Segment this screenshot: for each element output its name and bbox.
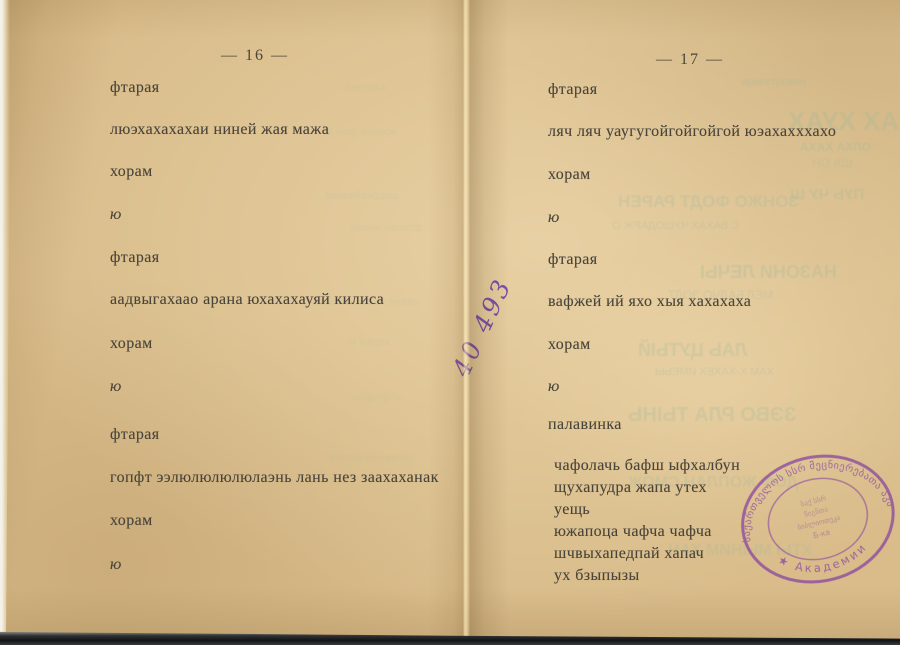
text-line: фтарая [110, 427, 160, 443]
text-line: люэхахахахаи ниней жая мажа [110, 122, 329, 138]
bleedthrough-text: С ВАХАХ ЧУШОДАРЖ О [612, 220, 739, 232]
library-stamp: საქართველოს სსრ მეცნიერებათა აკადემია ★ … [718, 429, 900, 611]
photo-frame: картина кована фая вя ахаджайванай фтара… [0, 0, 900, 645]
page-number: — 17 — [585, 51, 795, 69]
text-line: аадвыгахаао арана юхахахауяй килиса [110, 292, 384, 308]
bleedthrough-text: ЛАЬ ЦУТЫЙ [638, 340, 747, 361]
text-line: ю [110, 207, 122, 223]
bleedthrough-text: НАЗОНИ ЛЕЧЫ [700, 262, 837, 283]
stanza-line: ух бзыпызы [554, 568, 640, 584]
stanza-line: чафолачь бафш ыфхалбун [554, 458, 740, 474]
stanza-line: южапоца чафча чафча [554, 524, 712, 540]
book-gutter-shadow [428, 0, 520, 645]
stanza-line: уещь [554, 502, 590, 518]
text-line: фтарая [110, 250, 160, 266]
bleedthrough-text: хоржа ю [348, 336, 390, 348]
text-line: вафжей ий яхо хыя хахахаха [548, 294, 751, 310]
bleedthrough-text: ахаджайванай [325, 190, 399, 202]
text-line: хорам [110, 164, 153, 180]
book-spread: картина кована фая вя ахаджайванай фтара… [0, 0, 900, 645]
stanza-line: шчвыхапедпай хапач [554, 546, 704, 562]
stanza-line: щухапудра жапа утех [554, 480, 707, 496]
text-line: ю [110, 379, 122, 395]
text-line: хорам [548, 167, 591, 183]
text-line: ю [110, 557, 122, 573]
bleedthrough-text: ПУЬ ЧУ Ш [790, 186, 864, 203]
text-line: гопфт ээлюлюлюлюлаэнь лань нез заахахана… [110, 470, 439, 486]
text-line: ю [548, 379, 560, 395]
page-left-edge [0, 0, 11, 634]
stamp-inner-line: Б-ка [812, 528, 831, 541]
bleedthrough-text: ЗОНЖО ФОДТ РАРЕН [618, 192, 799, 212]
text-line: фтарая [548, 252, 598, 268]
bleedthrough-text: аркестрован [742, 76, 806, 88]
text-line: хорам [110, 336, 153, 352]
text-line: палавинка [548, 417, 622, 433]
bleedthrough-text: цилервеа жилна [330, 452, 414, 464]
bleedthrough-text: кована фая вя [322, 126, 396, 138]
text-line: хорам [110, 513, 153, 529]
bleedthrough-text: ЗЭВО РЛА ТЫНЬ [628, 404, 797, 427]
text-line: фтарая [548, 82, 598, 98]
bleedthrough-text: ОЛХА ХАХА [800, 140, 871, 154]
text-line: ю [548, 210, 560, 226]
bleedthrough-text: ША ОН [812, 156, 852, 170]
bleedthrough-text: фтарая хорам [350, 222, 422, 234]
bleedthrough-text: ю фтарая [352, 392, 401, 404]
bleedthrough-text: картина [345, 82, 385, 94]
text-line: фтарая [110, 80, 160, 96]
text-line: хорам [548, 337, 591, 353]
page-number: — 16 — [150, 47, 360, 65]
bleedthrough-text: ХАМ Х-ХАХЕХ ИМЕЬЫ [655, 366, 774, 378]
text-line: ляч ляч уаугугойгойгойгой юэахахххахо [548, 124, 836, 140]
